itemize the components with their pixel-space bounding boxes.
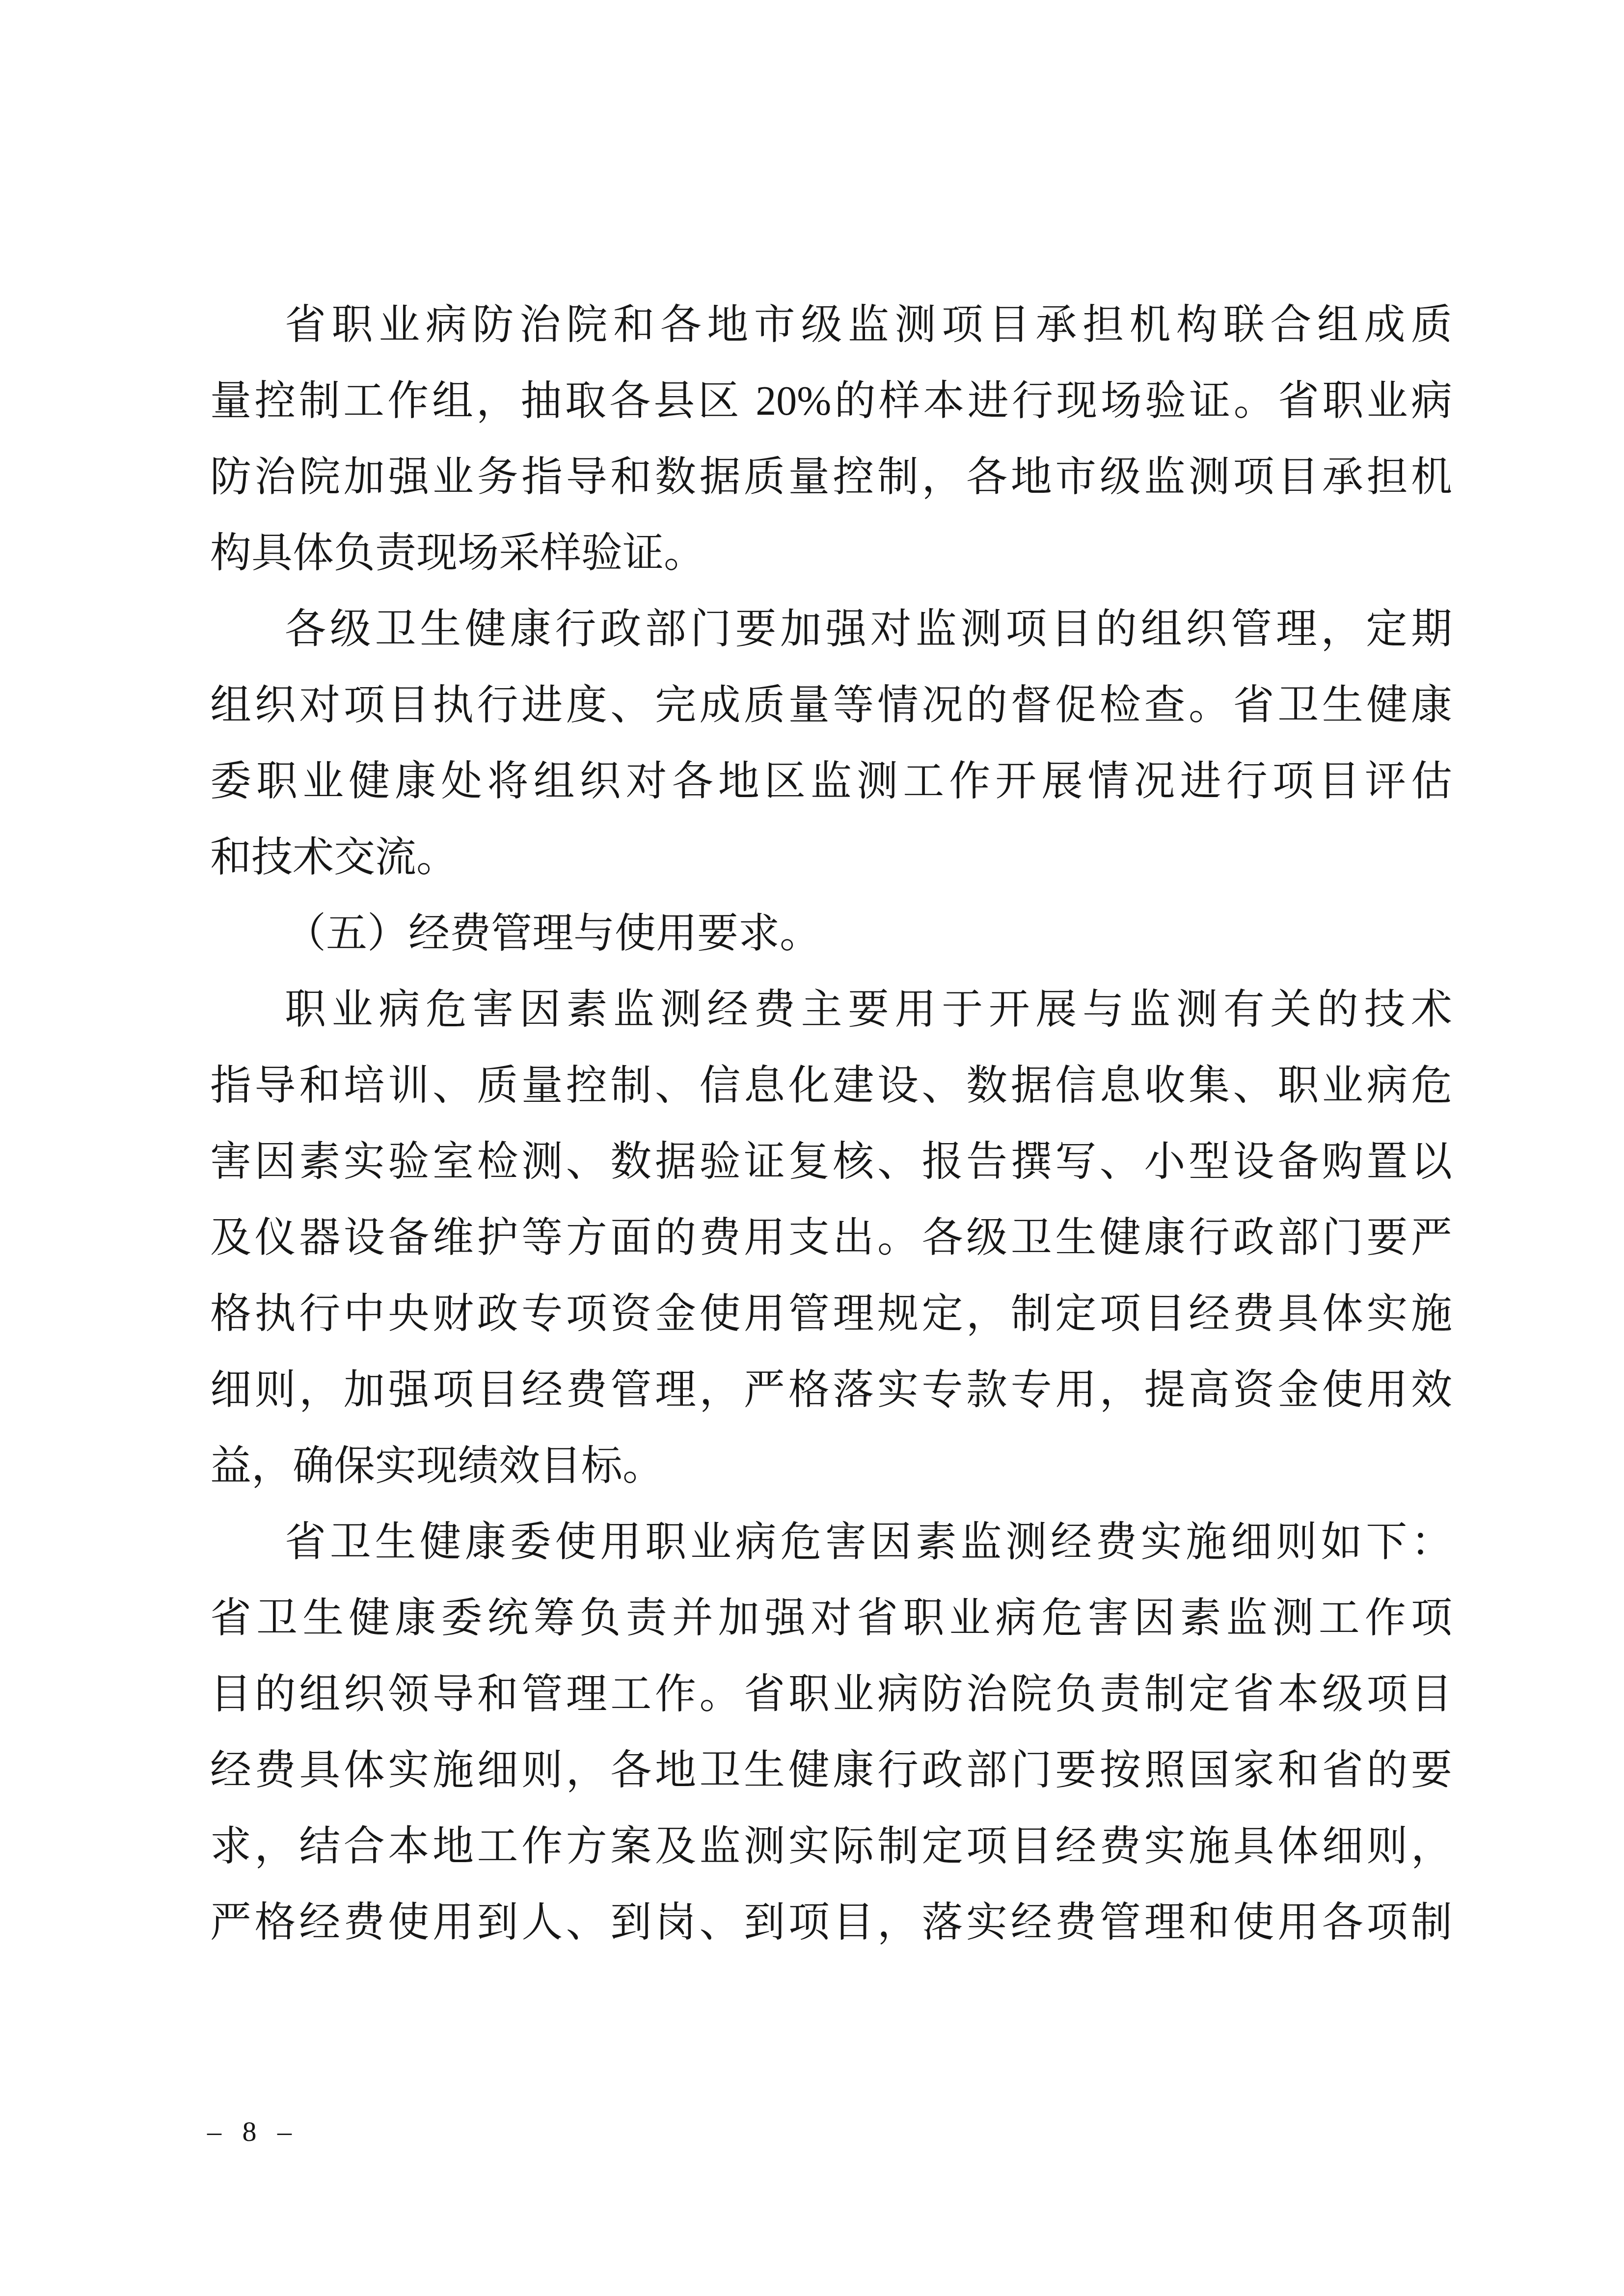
document-body: 省职业病防治院和各地市级监测项目承担机构联合组成质量控制工作组，抽取各县区 20… <box>210 287 1452 1961</box>
text-line: 益，确保实现绩效目标。 <box>210 1428 1452 1504</box>
text-line: 经费具体实施细则，各地卫生健康行政部门要按照国家和省的要 <box>210 1733 1452 1809</box>
text-line: 细则，加强项目经费管理，严格落实专款专用，提高资金使用效 <box>210 1352 1452 1428</box>
text-line: 委职业健康处将组织对各地区监测工作开展情况进行项目评估 <box>210 744 1452 820</box>
page-number: – 8 – <box>207 2114 298 2149</box>
text-line: 省职业病防治院和各地市级监测项目承担机构联合组成质 <box>210 287 1452 363</box>
text-line: 构具体负责现场采样验证。 <box>210 515 1452 591</box>
text-line: 量控制工作组，抽取各县区 20%的样本进行现场验证。省职业病 <box>210 363 1452 439</box>
text-line: 各级卫生健康行政部门要加强对监测项目的组织管理，定期 <box>210 591 1452 667</box>
text-line: 和技术交流。 <box>210 820 1452 896</box>
text-line: 职业病危害因素监测经费主要用于开展与监测有关的技术 <box>210 972 1452 1048</box>
text-line: （五）经费管理与使用要求。 <box>210 896 1452 972</box>
text-line: 省卫生健康委使用职业病危害因素监测经费实施细则如下： <box>210 1504 1452 1580</box>
text-line: 防治院加强业务指导和数据质量控制，各地市级监测项目承担机 <box>210 439 1452 515</box>
text-line: 严格经费使用到人、到岗、到项目，落实经费管理和使用各项制 <box>210 1885 1452 1961</box>
text-line: 指导和培训、质量控制、信息化建设、数据信息收集、职业病危 <box>210 1048 1452 1124</box>
text-line: 组织对项目执行进度、完成质量等情况的督促检查。省卫生健康 <box>210 667 1452 744</box>
text-line: 省卫生健康委统筹负责并加强对省职业病危害因素监测工作项 <box>210 1580 1452 1656</box>
text-line: 求，结合本地工作方案及监测实际制定项目经费实施具体细则， <box>210 1809 1452 1885</box>
document-page: 省职业病防治院和各地市级监测项目承担机构联合组成质量控制工作组，抽取各县区 20… <box>0 0 1624 2296</box>
text-line: 格执行中央财政专项资金使用管理规定，制定项目经费具体实施 <box>210 1276 1452 1352</box>
text-line: 目的组织领导和管理工作。省职业病防治院负责制定省本级项目 <box>210 1656 1452 1733</box>
text-line: 及仪器设备维护等方面的费用支出。各级卫生健康行政部门要严 <box>210 1200 1452 1276</box>
text-line: 害因素实验室检测、数据验证复核、报告撰写、小型设备购置以 <box>210 1124 1452 1200</box>
